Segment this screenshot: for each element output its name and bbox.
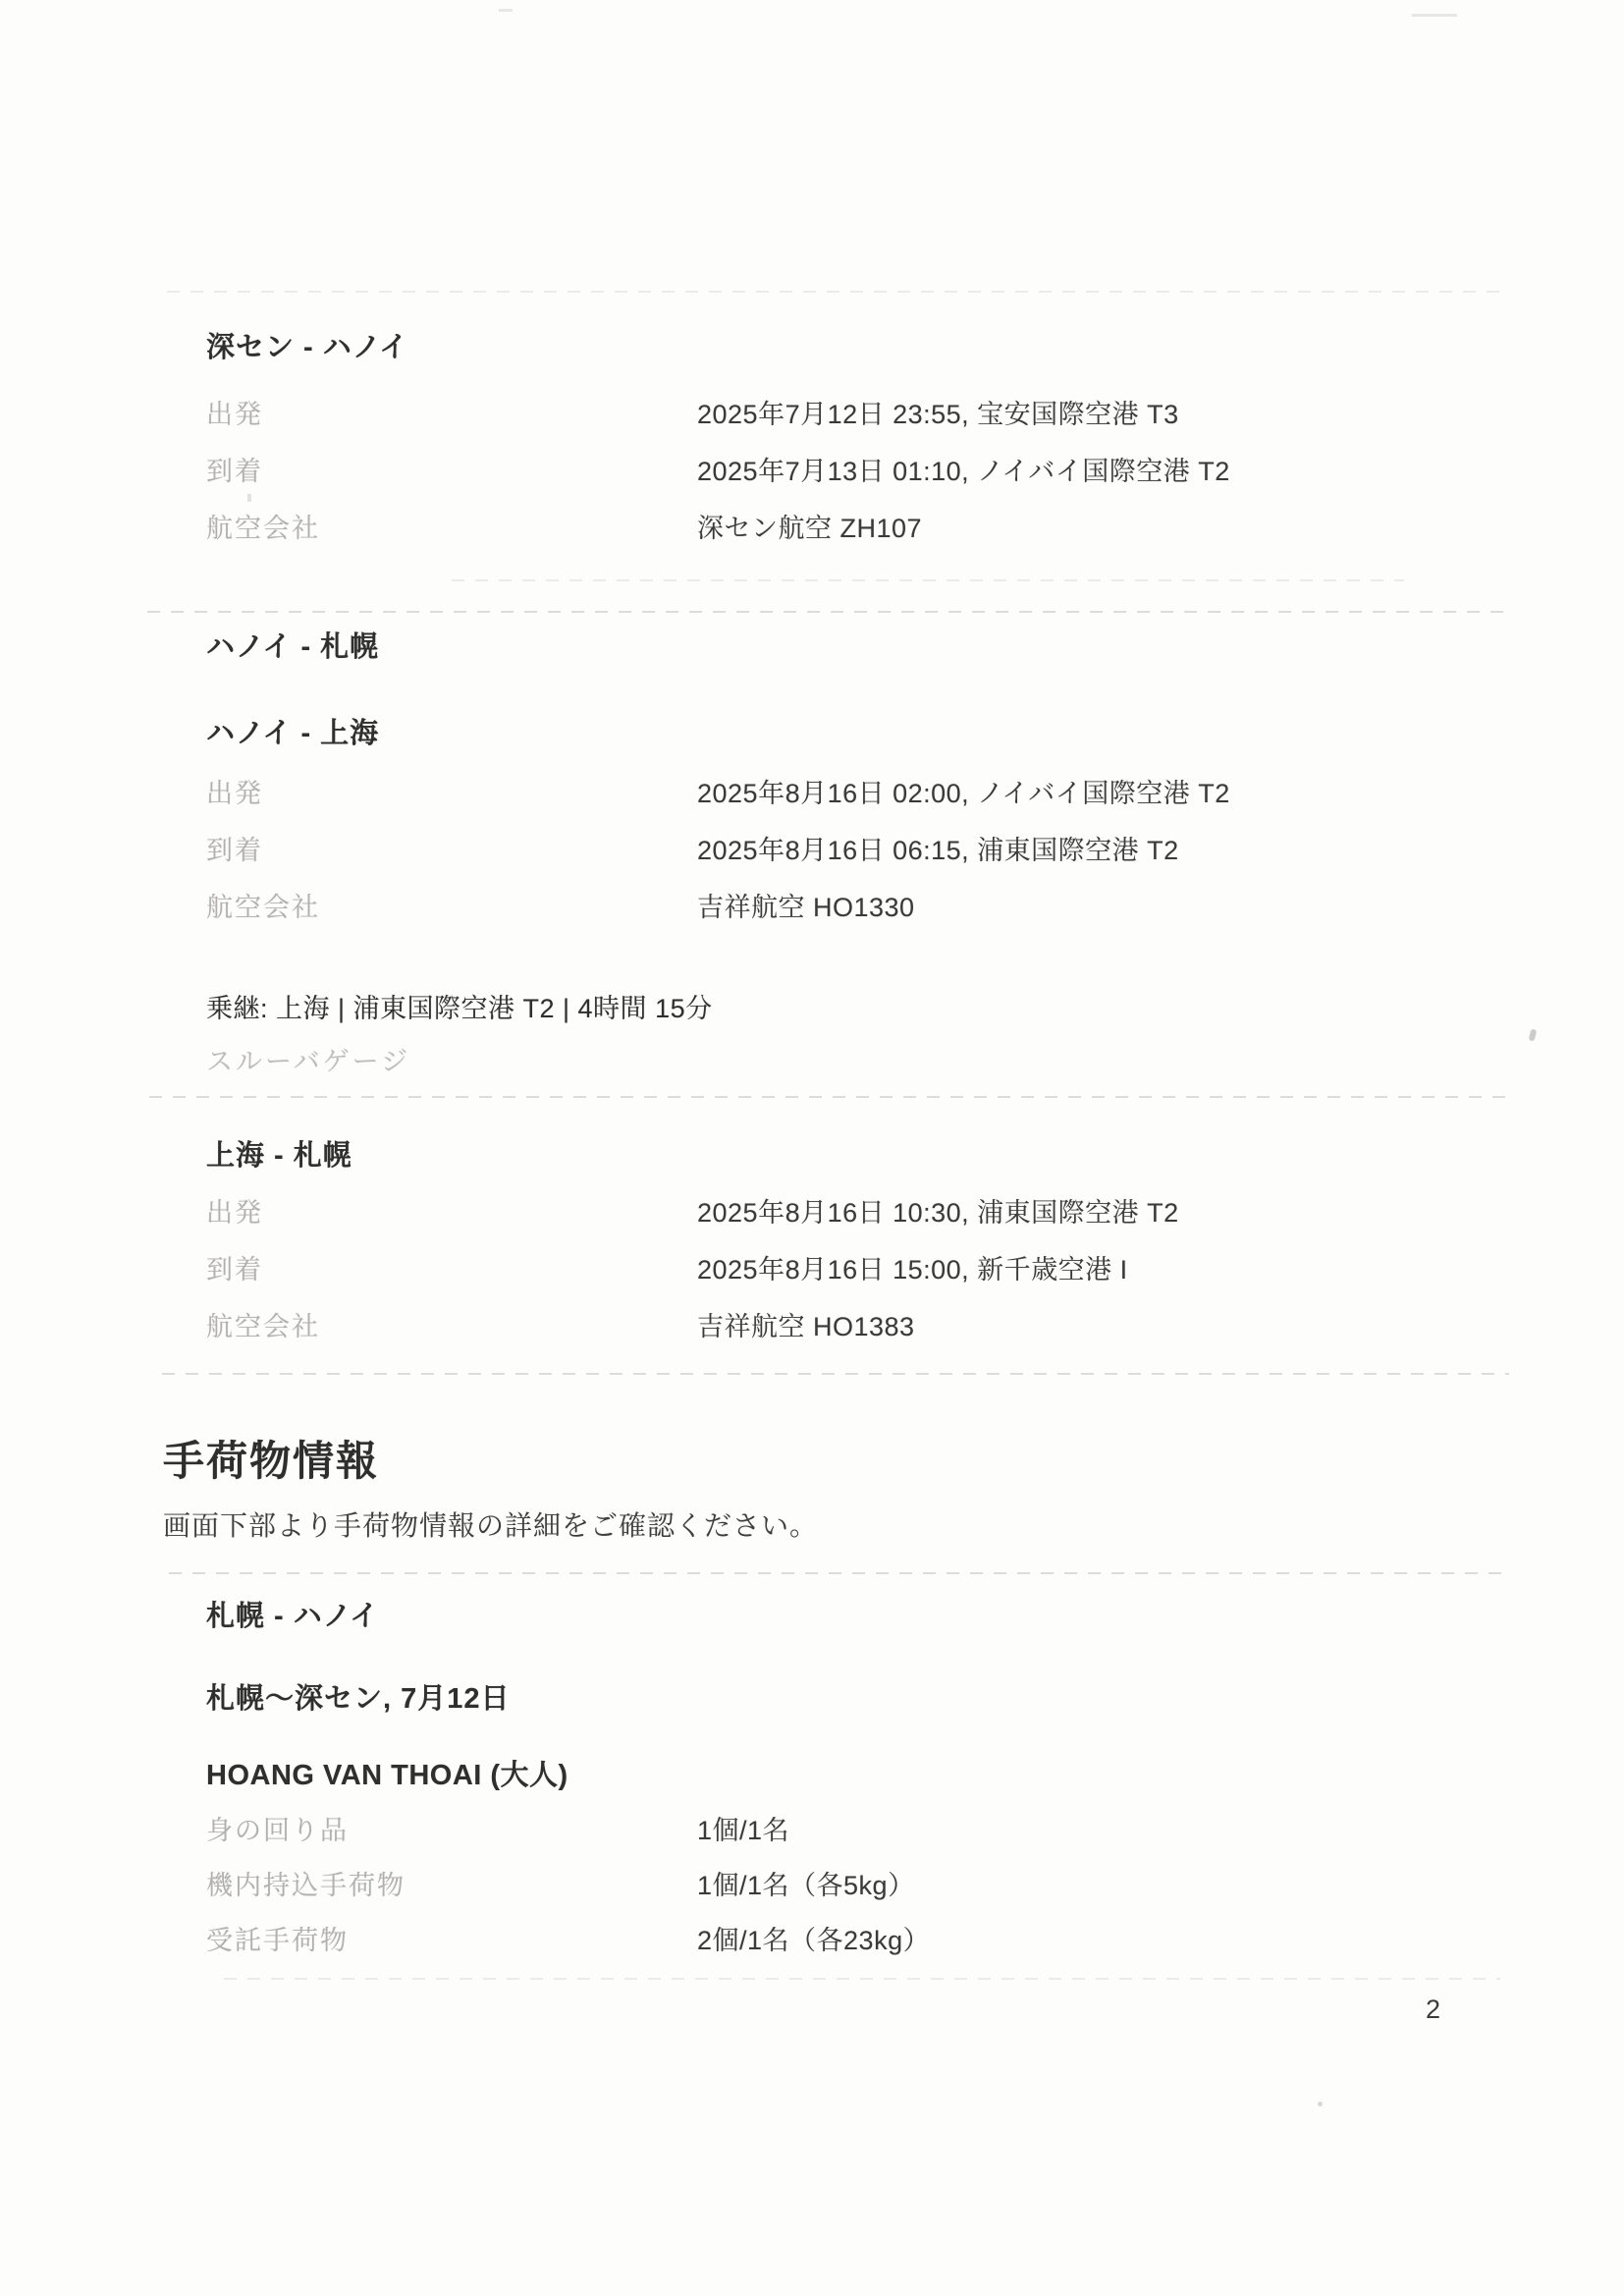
baggage-row: 身の回り品 1個/1名 xyxy=(0,1809,1624,1844)
personal-item-value: 1個/1名 xyxy=(697,1809,789,1847)
arrival-value: 2025年8月16日 06:15, 浦東国際空港 T2 xyxy=(697,829,1179,867)
scan-speck xyxy=(1412,14,1457,17)
baggage-info-heading: 手荷物情報 xyxy=(163,1429,379,1488)
departure-value: 2025年7月12日 23:55, 宝安国際空港 T3 xyxy=(697,393,1179,431)
section-divider xyxy=(149,1096,1508,1098)
flight-row: 到着 2025年7月13日 01:10, ノイバイ国際空港 T2 xyxy=(0,450,1624,485)
section-divider xyxy=(169,1572,1504,1574)
arrival-value: 2025年8月16日 15:00, 新千歳空港 I xyxy=(697,1248,1128,1286)
flight-row: 航空会社 吉祥航空 HO1330 xyxy=(0,886,1624,921)
arrival-label: 到着 xyxy=(206,1248,263,1286)
arrival-value: 2025年7月13日 01:10, ノイバイ国際空港 T2 xyxy=(697,450,1230,488)
flight-row: 出発 2025年8月16日 10:30, 浦東国際空港 T2 xyxy=(0,1191,1624,1227)
flight-group-title: ハノイ - 札幌 xyxy=(206,625,379,665)
section-divider xyxy=(224,1978,1500,1980)
arrival-label: 到着 xyxy=(206,829,263,867)
flight-section-title: 上海 - 札幌 xyxy=(206,1133,352,1174)
baggage-section-title: 札幌 - ハノイ xyxy=(206,1594,379,1634)
arrival-label: 到着 xyxy=(206,450,263,488)
airline-value: 深セン航空 ZH107 xyxy=(697,507,922,545)
flight-section-title: ハノイ - 上海 xyxy=(206,711,379,751)
baggage-info-description: 画面下部より手荷物情報の詳細をご確認ください。 xyxy=(163,1504,818,1544)
departure-value: 2025年8月16日 02:00, ノイバイ国際空港 T2 xyxy=(697,772,1230,810)
airline-label: 航空会社 xyxy=(206,1305,320,1343)
flight-row: 出発 2025年8月16日 02:00, ノイバイ国際空港 T2 xyxy=(0,772,1624,807)
personal-item-label: 身の回り品 xyxy=(206,1809,349,1847)
airline-value: 吉祥航空 HO1330 xyxy=(697,886,915,924)
flight-row: 航空会社 深セン航空 ZH107 xyxy=(0,507,1624,542)
departure-label: 出発 xyxy=(206,772,263,810)
scan-speck xyxy=(1318,2102,1323,2106)
layover-info: 乗継: 上海 | 浦東国際空港 T2 | 4時間 15分 xyxy=(206,987,713,1025)
departure-value: 2025年8月16日 10:30, 浦東国際空港 T2 xyxy=(697,1191,1179,1230)
checked-baggage-label: 受託手荷物 xyxy=(206,1919,349,1957)
airline-value: 吉祥航空 HO1383 xyxy=(697,1305,915,1343)
airline-label: 航空会社 xyxy=(206,886,320,924)
airline-label: 航空会社 xyxy=(206,507,320,545)
checked-baggage-value: 2個/1名（各23kg） xyxy=(697,1919,930,1957)
scan-speck xyxy=(1529,1028,1538,1041)
baggage-row: 受託手荷物 2個/1名（各23kg） xyxy=(0,1919,1624,1954)
section-divider xyxy=(147,611,1510,613)
departure-label: 出発 xyxy=(206,1191,263,1230)
carry-on-value: 1個/1名（各5kg） xyxy=(697,1864,915,1902)
flight-row: 航空会社 吉祥航空 HO1383 xyxy=(0,1305,1624,1340)
flight-row: 到着 2025年8月16日 15:00, 新千歳空港 I xyxy=(0,1248,1624,1284)
section-divider xyxy=(162,1373,1509,1375)
carry-on-label: 機内持込手荷物 xyxy=(206,1864,406,1902)
page-number: 2 xyxy=(1426,1995,1440,2025)
scan-speck xyxy=(247,494,251,502)
flight-row: 出発 2025年7月12日 23:55, 宝安国際空港 T3 xyxy=(0,393,1624,428)
passenger-name: HOANG VAN THOAI (大人) xyxy=(206,1753,568,1793)
flight-row: 到着 2025年8月16日 06:15, 浦東国際空港 T2 xyxy=(0,829,1624,864)
baggage-row: 機内持込手荷物 1個/1名（各5kg） xyxy=(0,1864,1624,1899)
scan-speck xyxy=(499,9,513,12)
flight-section-title: 深セン - ハノイ xyxy=(206,325,408,365)
section-divider xyxy=(167,291,1508,293)
departure-label: 出発 xyxy=(206,393,263,431)
section-divider xyxy=(452,579,1404,581)
baggage-leg-title: 札幌〜深セン, 7月12日 xyxy=(206,1676,511,1717)
through-baggage-note: スルーバゲージ xyxy=(206,1040,410,1078)
scanned-itinerary-page: 深セン - ハノイ 出発 2025年7月12日 23:55, 宝安国際空港 T3… xyxy=(0,0,1624,2296)
